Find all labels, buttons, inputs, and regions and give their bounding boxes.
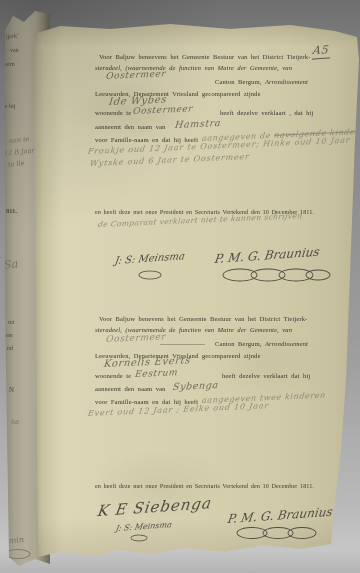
- prev-page-fragment: van: [10, 48, 19, 54]
- handwritten-family-name: Hamstra: [174, 118, 221, 131]
- prev-page-fragment-year: 811.: [6, 208, 17, 215]
- signature-flourish: [222, 268, 332, 282]
- printed-line: Voor Baljuw beneevens het Gemeente Bestu…: [99, 54, 310, 61]
- prev-page-fragment: nd: [7, 346, 13, 352]
- signature-secretary-left: J: S: Meinsma: [115, 520, 172, 533]
- prev-page-fragment: vern: [4, 62, 15, 68]
- signature-flourish: [138, 270, 164, 280]
- handwritten-dash-filler: [160, 344, 205, 345]
- printed-line: Voor Baljuw benevens het Gemeente Bestuu…: [99, 316, 307, 323]
- printed-canton: Canton Bergum,: [215, 79, 262, 86]
- signature-comparant: K E Siebenga: [96, 494, 213, 520]
- folio-number: A5: [312, 43, 330, 57]
- prev-page-handwriting-fragment: aan te: [9, 135, 30, 145]
- printed-line: aanneemt den naam van: [95, 386, 166, 393]
- prev-page-fragment: N: [9, 386, 14, 394]
- handwritten-residence: Eestrum: [134, 368, 178, 380]
- printed-arrondissement: Arrondissement: [265, 341, 308, 348]
- signature-president-right: P. M. G. Braunius: [227, 505, 334, 527]
- folio-underline: [312, 57, 330, 59]
- handwritten-family-name: Sybenga: [172, 380, 219, 393]
- printed-line: heeft dezelve verklaart , dat hij: [220, 110, 313, 117]
- signature-flourish: [130, 534, 150, 542]
- printed-line: Canton Bergum, Arrondissement: [215, 341, 308, 348]
- prev-page-fragment: tjerk': [6, 33, 19, 40]
- printed-line: steradeel, (waarnemende de functien van …: [95, 327, 292, 334]
- prev-page-flourish: [4, 548, 34, 560]
- printed-line: woonende te: [95, 110, 131, 117]
- handwritten-gemeente: Oostermeer: [105, 332, 166, 345]
- printed-line: aanneemt den naam van: [95, 124, 166, 131]
- prev-page-handwriting-fragment: Sa: [3, 257, 18, 271]
- signature-secretary-left: J: S: Meinsma: [114, 251, 186, 267]
- prev-page-signature-fragment: amin: [4, 535, 25, 546]
- printed-date-line: en heeft deze met onze President en Secr…: [95, 484, 314, 490]
- document-page: A5 Voor Baljuw beneevens het Gemeente Be…: [30, 20, 360, 573]
- prev-page-fragment: mt: [8, 320, 14, 326]
- printed-line: heeft dezelve verklaart dat hij: [222, 373, 310, 380]
- prev-page-fragment: e bij: [5, 104, 16, 110]
- signature-flourish: [236, 526, 336, 540]
- prev-page-handwriting-fragment: te lle: [8, 159, 25, 169]
- handwritten-gemeente: Oostermeer: [105, 69, 166, 82]
- prev-page-fragment: van: [4, 333, 13, 339]
- printed-line: Canton Bergum, Arrondissement: [215, 79, 308, 86]
- printed-line: woonende te: [95, 373, 131, 380]
- prev-page-handwriting-fragment: 12 B Jaar: [4, 146, 35, 157]
- printed-canton: Canton Bergum,: [215, 341, 262, 348]
- signature-president-right: P. M. G. Braunius: [214, 245, 321, 267]
- printed-arrondissement: Arrondissement: [265, 79, 308, 86]
- scanned-document-photo: tjerk' van vern e bij aan te 12 B Jaar t…: [0, 0, 360, 573]
- handwritten-residence: Oostermeer: [132, 104, 193, 117]
- prev-page-handwriting-fragment: ha: [11, 418, 20, 427]
